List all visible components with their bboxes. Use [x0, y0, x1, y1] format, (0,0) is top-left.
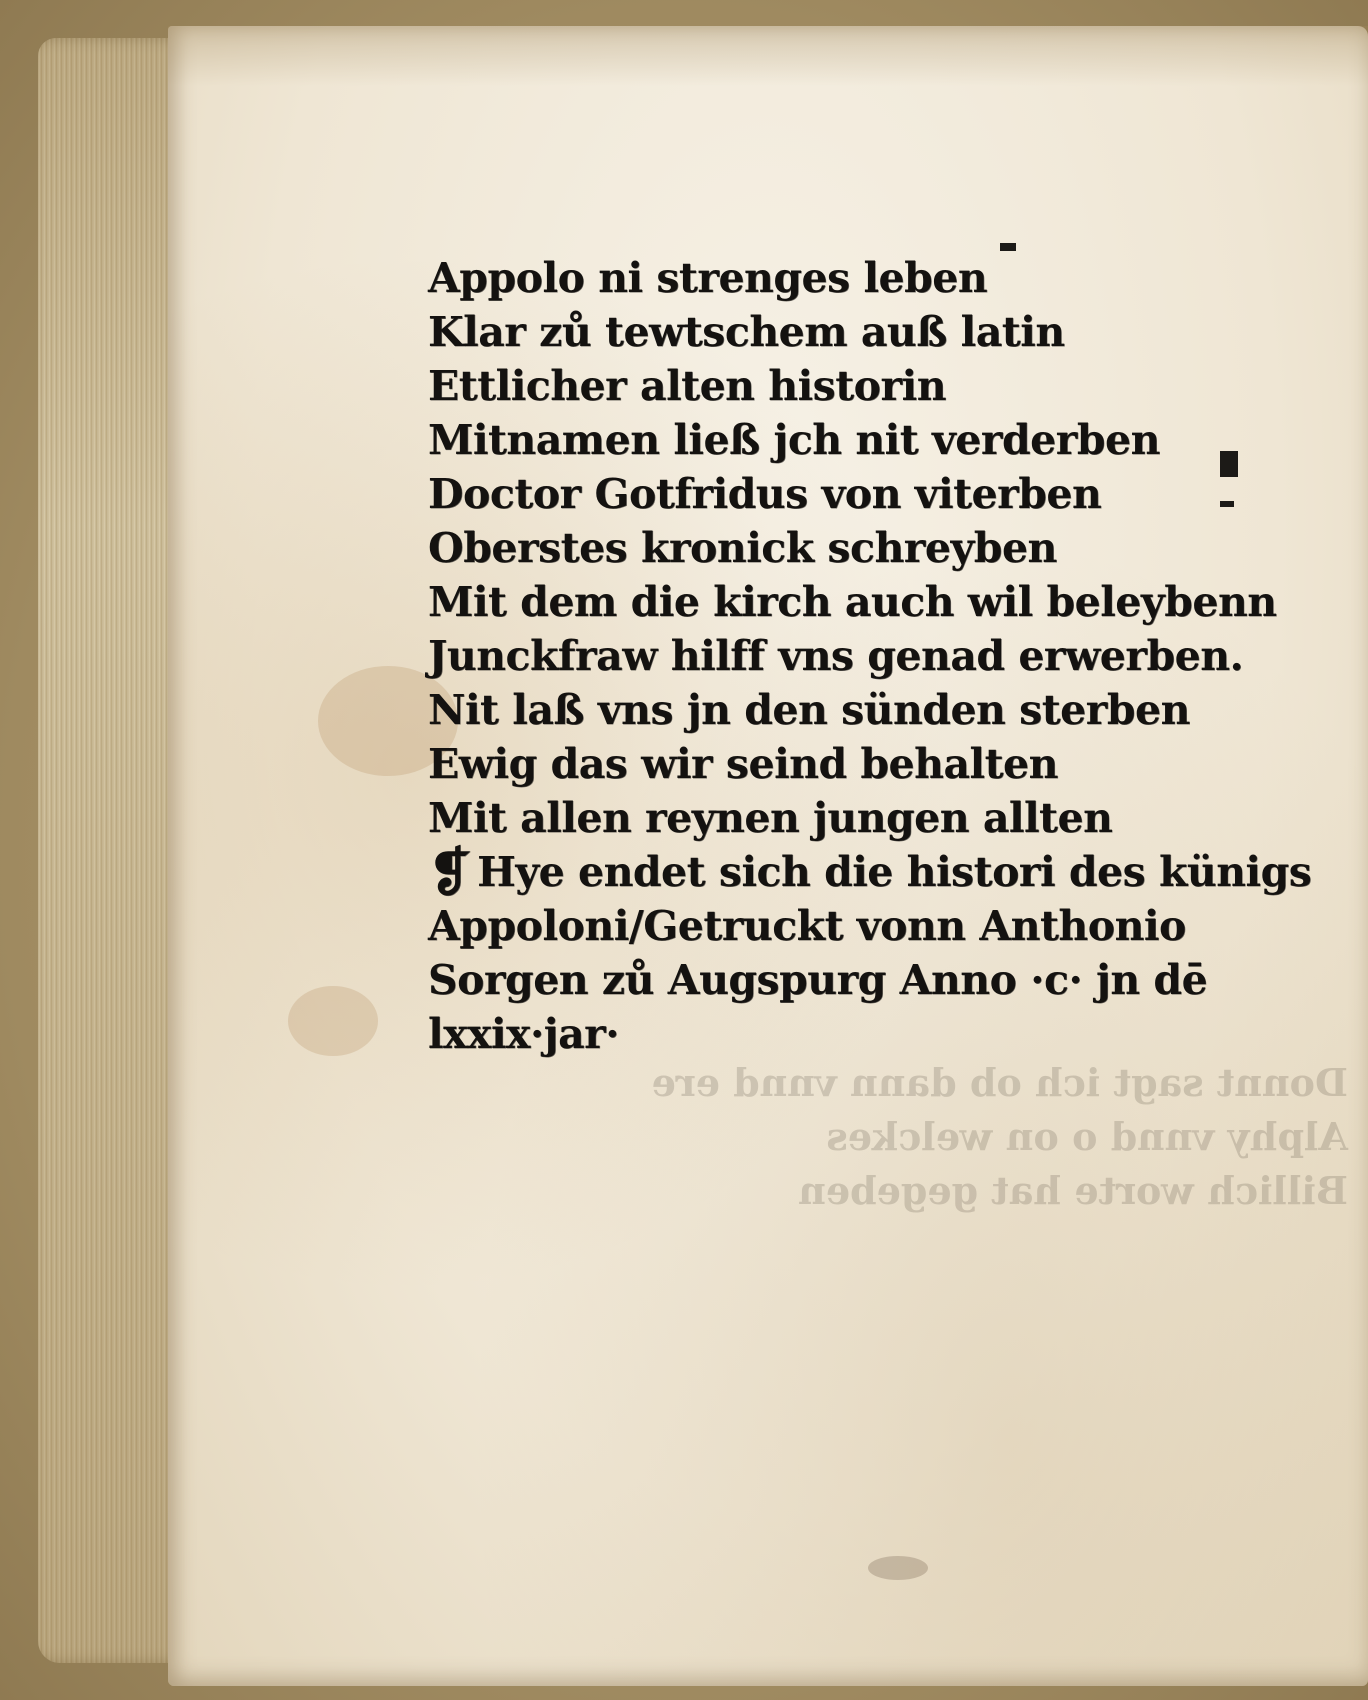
paper-stain [288, 986, 378, 1056]
paragraph-mark-icon: ❡ [428, 853, 471, 893]
text-line: Mit allen reynen jungen allten [428, 791, 1268, 845]
book-page: Donnt sagt ich ob dann vnnd ere Alphy vn… [168, 26, 1368, 1686]
text-line: Nit laß vns jn den sünden sterben [428, 683, 1268, 737]
text-line: Ettlicher alten historin [428, 359, 1268, 413]
text-line: Mit dem die kirch auch wil beleybenn [428, 575, 1268, 629]
text-line: Klar zů tewtschem auß latin [428, 305, 1268, 359]
colophon-line: Sorgen zů Augspurg Anno ·c· jn dē [428, 953, 1268, 1007]
colophon-line: lxxix·jar· [428, 1007, 1268, 1061]
text-line: Ewig das wir seind behalten [428, 737, 1268, 791]
colophon-line: Appoloni/Getruckt vonn Anthonio [428, 899, 1268, 953]
text-line: Appolo ni strenges leben [428, 251, 1268, 305]
text-line: Oberstes kronick schreyben [428, 521, 1268, 575]
colophon-text: Hye endet sich die histori des künigs [477, 848, 1311, 896]
page-shadow [168, 26, 1368, 86]
page-edges [38, 38, 188, 1663]
colophon-line: ❡Hye endet sich die histori des künigs [428, 845, 1268, 899]
show-through-text: Donnt sagt ich ob dann vnnd ere Alphy vn… [588, 1056, 1348, 1336]
paper-stain [868, 1556, 928, 1580]
print-mark [1000, 243, 1016, 251]
text-line: Mitnamen ließ jch nit verderben [428, 413, 1268, 467]
text-line: Junckfraw hilff vns genad erwerben. [428, 629, 1268, 683]
printed-text-block: Appolo ni strenges leben Klar zů tewtsch… [428, 251, 1268, 1061]
book: Donnt sagt ich ob dann vnnd ere Alphy vn… [38, 26, 1368, 1686]
text-line: Doctor Gotfridus von viterben [428, 467, 1268, 521]
